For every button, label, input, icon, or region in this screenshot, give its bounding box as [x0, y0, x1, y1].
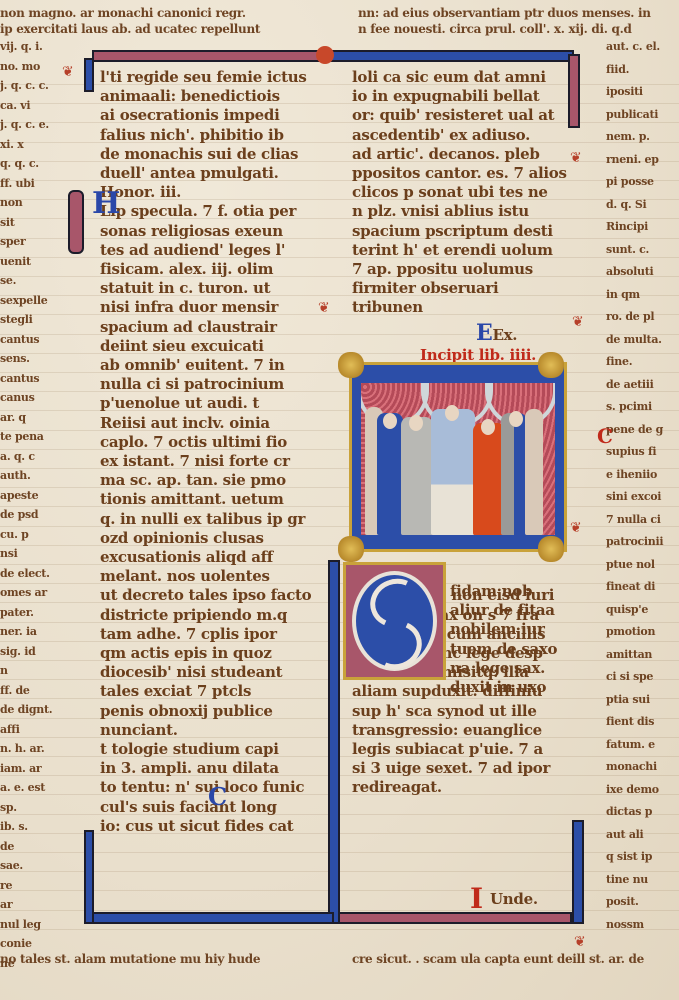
top-gloss-left-1: non magno. ar monachi canonici regr. — [0, 6, 320, 20]
left-gloss-line: uenit — [0, 255, 62, 269]
margin-gloss-line: posit. — [606, 895, 679, 909]
left-gloss-line: n — [0, 664, 62, 678]
left-gloss-line: ar. q — [0, 411, 62, 425]
border-bottom-right — [338, 912, 572, 924]
gold-boss-tl — [338, 352, 364, 378]
top-gloss-left-2: ip exercitati laus ab. ad ucatec repellu… — [0, 22, 320, 36]
red-initial-i: I — [470, 882, 483, 915]
margin-gloss-line: fine. — [606, 355, 679, 369]
head — [409, 415, 423, 431]
left-gloss-line: ca. vi — [0, 99, 62, 113]
left-gloss-line: pater. — [0, 606, 62, 620]
left-gloss-line: nul leg — [0, 918, 62, 932]
grotesque-head-ornament — [316, 46, 334, 64]
margin-gloss-line: fiid. — [606, 63, 679, 77]
left-gloss-line: iam. ar — [0, 762, 62, 776]
left-gloss-line: cu. p — [0, 528, 62, 542]
left-gloss-line: re — [0, 879, 62, 893]
left-gloss-line: stegli — [0, 313, 62, 327]
margin-gloss-line: ro. de pl — [606, 310, 679, 324]
closing-word: Unde. — [490, 888, 570, 910]
margin-gloss-line: aut. c. el. — [606, 40, 679, 54]
margin-gloss-line: ci si spe — [606, 670, 679, 684]
left-gloss-line: canus — [0, 391, 62, 405]
left-gloss-line: sens. — [0, 352, 62, 366]
margin-gloss-line: fineat di — [606, 580, 679, 594]
border-bottom-left — [90, 912, 334, 924]
left-gloss-line: ib. s. — [0, 820, 62, 834]
left-gloss-line: no. mo — [0, 60, 62, 74]
col-b-beside-line: duxit in uxo — [450, 676, 574, 698]
margin-gloss-line: supius fi — [606, 445, 679, 459]
border-top-left — [92, 50, 326, 62]
left-gloss-line: de — [0, 840, 62, 854]
left-gloss-line: de psd — [0, 508, 62, 522]
decorated-initial-s — [343, 562, 446, 680]
parchment-page: non magno. ar monachi canonici regr. ip … — [0, 0, 679, 1000]
border-top-right — [330, 50, 574, 62]
margin-gloss-line: publicati — [606, 108, 679, 122]
margin-gloss-line: quisp'e — [606, 603, 679, 617]
left-gloss-line: cantus — [0, 333, 62, 347]
margin-gloss-line: pene de g — [606, 423, 679, 437]
left-gloss-line: ff. de — [0, 684, 62, 698]
left-gloss-line: ar — [0, 898, 62, 912]
margin-gloss-line: ipositi — [606, 85, 679, 99]
margin-gloss-line: tine nu — [606, 873, 679, 887]
border-left-foot — [84, 830, 94, 924]
figure-man-grey — [401, 417, 433, 535]
margin-gloss-line: aut ali — [606, 828, 679, 842]
margin-gloss-line: absoluti — [606, 265, 679, 279]
left-gloss-line: omes ar — [0, 586, 62, 600]
red-initial-c-margin: C — [597, 424, 613, 448]
margin-gloss-line: nossm — [606, 918, 679, 932]
initial-s-left-ribbon — [68, 190, 84, 254]
figure-back-right — [525, 409, 543, 535]
left-gloss-line: de dignt. — [0, 703, 62, 717]
left-gloss-line: affi — [0, 723, 62, 737]
col-a-line: io: cus ut sicut fides cat — [100, 815, 314, 837]
figure-man-blue — [377, 413, 403, 535]
left-gloss-line: auth. — [0, 469, 62, 483]
left-gloss-line: xi. x — [0, 138, 62, 152]
left-gloss-line: apeste — [0, 489, 62, 503]
margin-gloss-line: ptue nol — [606, 558, 679, 572]
miniature-diaper-background — [361, 383, 555, 535]
left-gloss-line: nsi — [0, 547, 62, 561]
left-gloss-line: conie — [0, 937, 62, 951]
border-central-vertical — [328, 560, 340, 924]
left-gloss-line: non — [0, 196, 62, 210]
bottom-gloss-left: no tales st. alam mutatione mu hiy hude — [0, 952, 330, 966]
margin-gloss-line: de multa. — [606, 333, 679, 347]
margin-gloss-line: in qm — [606, 288, 679, 302]
margin-gloss-line: sunt. c. — [606, 243, 679, 257]
left-gloss-line: a. e. est — [0, 781, 62, 795]
margin-gloss-line: dictas p — [606, 805, 679, 819]
margin-gloss-line: fient dis — [606, 715, 679, 729]
margin-gloss-line: pi posse — [606, 175, 679, 189]
s-lower-bowl — [363, 614, 428, 677]
left-gloss-line: q. q. c. — [0, 157, 62, 171]
gold-boss-br — [538, 536, 564, 562]
margin-gloss-line: q sist ip — [606, 850, 679, 864]
foliage-spray-icon: ❦ — [318, 300, 330, 316]
left-gloss-line: ff. ubi — [0, 177, 62, 191]
margin-gloss-line: e iheniio — [606, 468, 679, 482]
border-right-drop — [568, 54, 580, 128]
margin-gloss-line: d. q. Si — [606, 198, 679, 212]
head — [509, 411, 523, 427]
top-gloss-right-1: nn: ad eius observantiam ptr duos menses… — [358, 6, 679, 20]
miniature-marriage-scene — [349, 362, 567, 552]
head — [383, 413, 397, 429]
margin-gloss-line: ixe demo — [606, 783, 679, 797]
foliage-spray-icon: ❦ — [570, 520, 582, 536]
margin-gloss-line: ptia sui — [606, 693, 679, 707]
left-gloss-line: de elect. — [0, 567, 62, 581]
left-gloss-line: sig. id — [0, 645, 62, 659]
figure-woman-blue-mantle — [501, 413, 527, 535]
foliage-spray-icon: ❦ — [574, 934, 586, 950]
initial-s-blue-oval — [352, 571, 437, 671]
left-gloss-line: sexpelle — [0, 294, 62, 308]
blue-initial-c: C — [208, 782, 227, 811]
head — [481, 419, 495, 435]
blue-initial-e: E — [476, 322, 492, 344]
border-right-foot — [572, 820, 584, 924]
left-gloss-line: vij. q. i. — [0, 40, 62, 54]
margin-gloss-line: Rincipi — [606, 220, 679, 234]
left-gloss-line: sper — [0, 235, 62, 249]
left-gloss-line: te pena — [0, 430, 62, 444]
margin-gloss-line: nem. p. — [606, 130, 679, 144]
col-b-line: tribunen — [352, 296, 572, 318]
margin-gloss-line: rneni. ep — [606, 153, 679, 167]
rubric-prefix: EEx. — [476, 322, 576, 344]
border-corner-tl — [84, 58, 94, 92]
left-gloss-line: j. q. c. e. — [0, 118, 62, 132]
left-gloss-line: a. q. c — [0, 450, 62, 464]
left-gloss-line: ner. ia — [0, 625, 62, 639]
gold-boss-tr — [538, 352, 564, 378]
left-gloss-line: n. h. ar. — [0, 742, 62, 756]
margin-gloss-line: sini excoi — [606, 490, 679, 504]
margin-gloss-line: monachi — [606, 760, 679, 774]
left-gloss-line: sae. — [0, 859, 62, 873]
margin-gloss-line: amittan — [606, 648, 679, 662]
foliage-spray-icon: ❦ — [572, 314, 584, 330]
blue-initial-h: H — [92, 186, 120, 221]
margin-gloss-line: de aetiii — [606, 378, 679, 392]
left-gloss-line: sp. — [0, 801, 62, 815]
col-b-line: redireagat. — [352, 776, 572, 798]
margin-gloss-line: s. pcimi — [606, 400, 679, 414]
figure-priest — [431, 409, 475, 535]
margin-gloss-line: 7 nulla ci — [606, 513, 679, 527]
ruling-line — [0, 929, 679, 930]
top-gloss-right-2: n fee nouesti. circa prul. coll'. x. xij… — [358, 22, 679, 36]
foliage-spray-icon: ❦ — [570, 150, 582, 166]
gold-boss-bl — [338, 536, 364, 562]
left-gloss-line: j. q. c. c. — [0, 79, 62, 93]
foliage-spray-icon: ❦ — [62, 64, 74, 80]
left-gloss-line: sit — [0, 216, 62, 230]
bottom-gloss-right: cre sicut. . scam ula capta eunt deill s… — [352, 952, 679, 966]
head — [445, 405, 459, 421]
left-gloss-line: cantus — [0, 372, 62, 386]
margin-gloss-line: patrocinii — [606, 535, 679, 549]
left-gloss-line: se. — [0, 274, 62, 288]
margin-gloss-line: pmotion — [606, 625, 679, 639]
margin-gloss-line: fatum. e — [606, 738, 679, 752]
